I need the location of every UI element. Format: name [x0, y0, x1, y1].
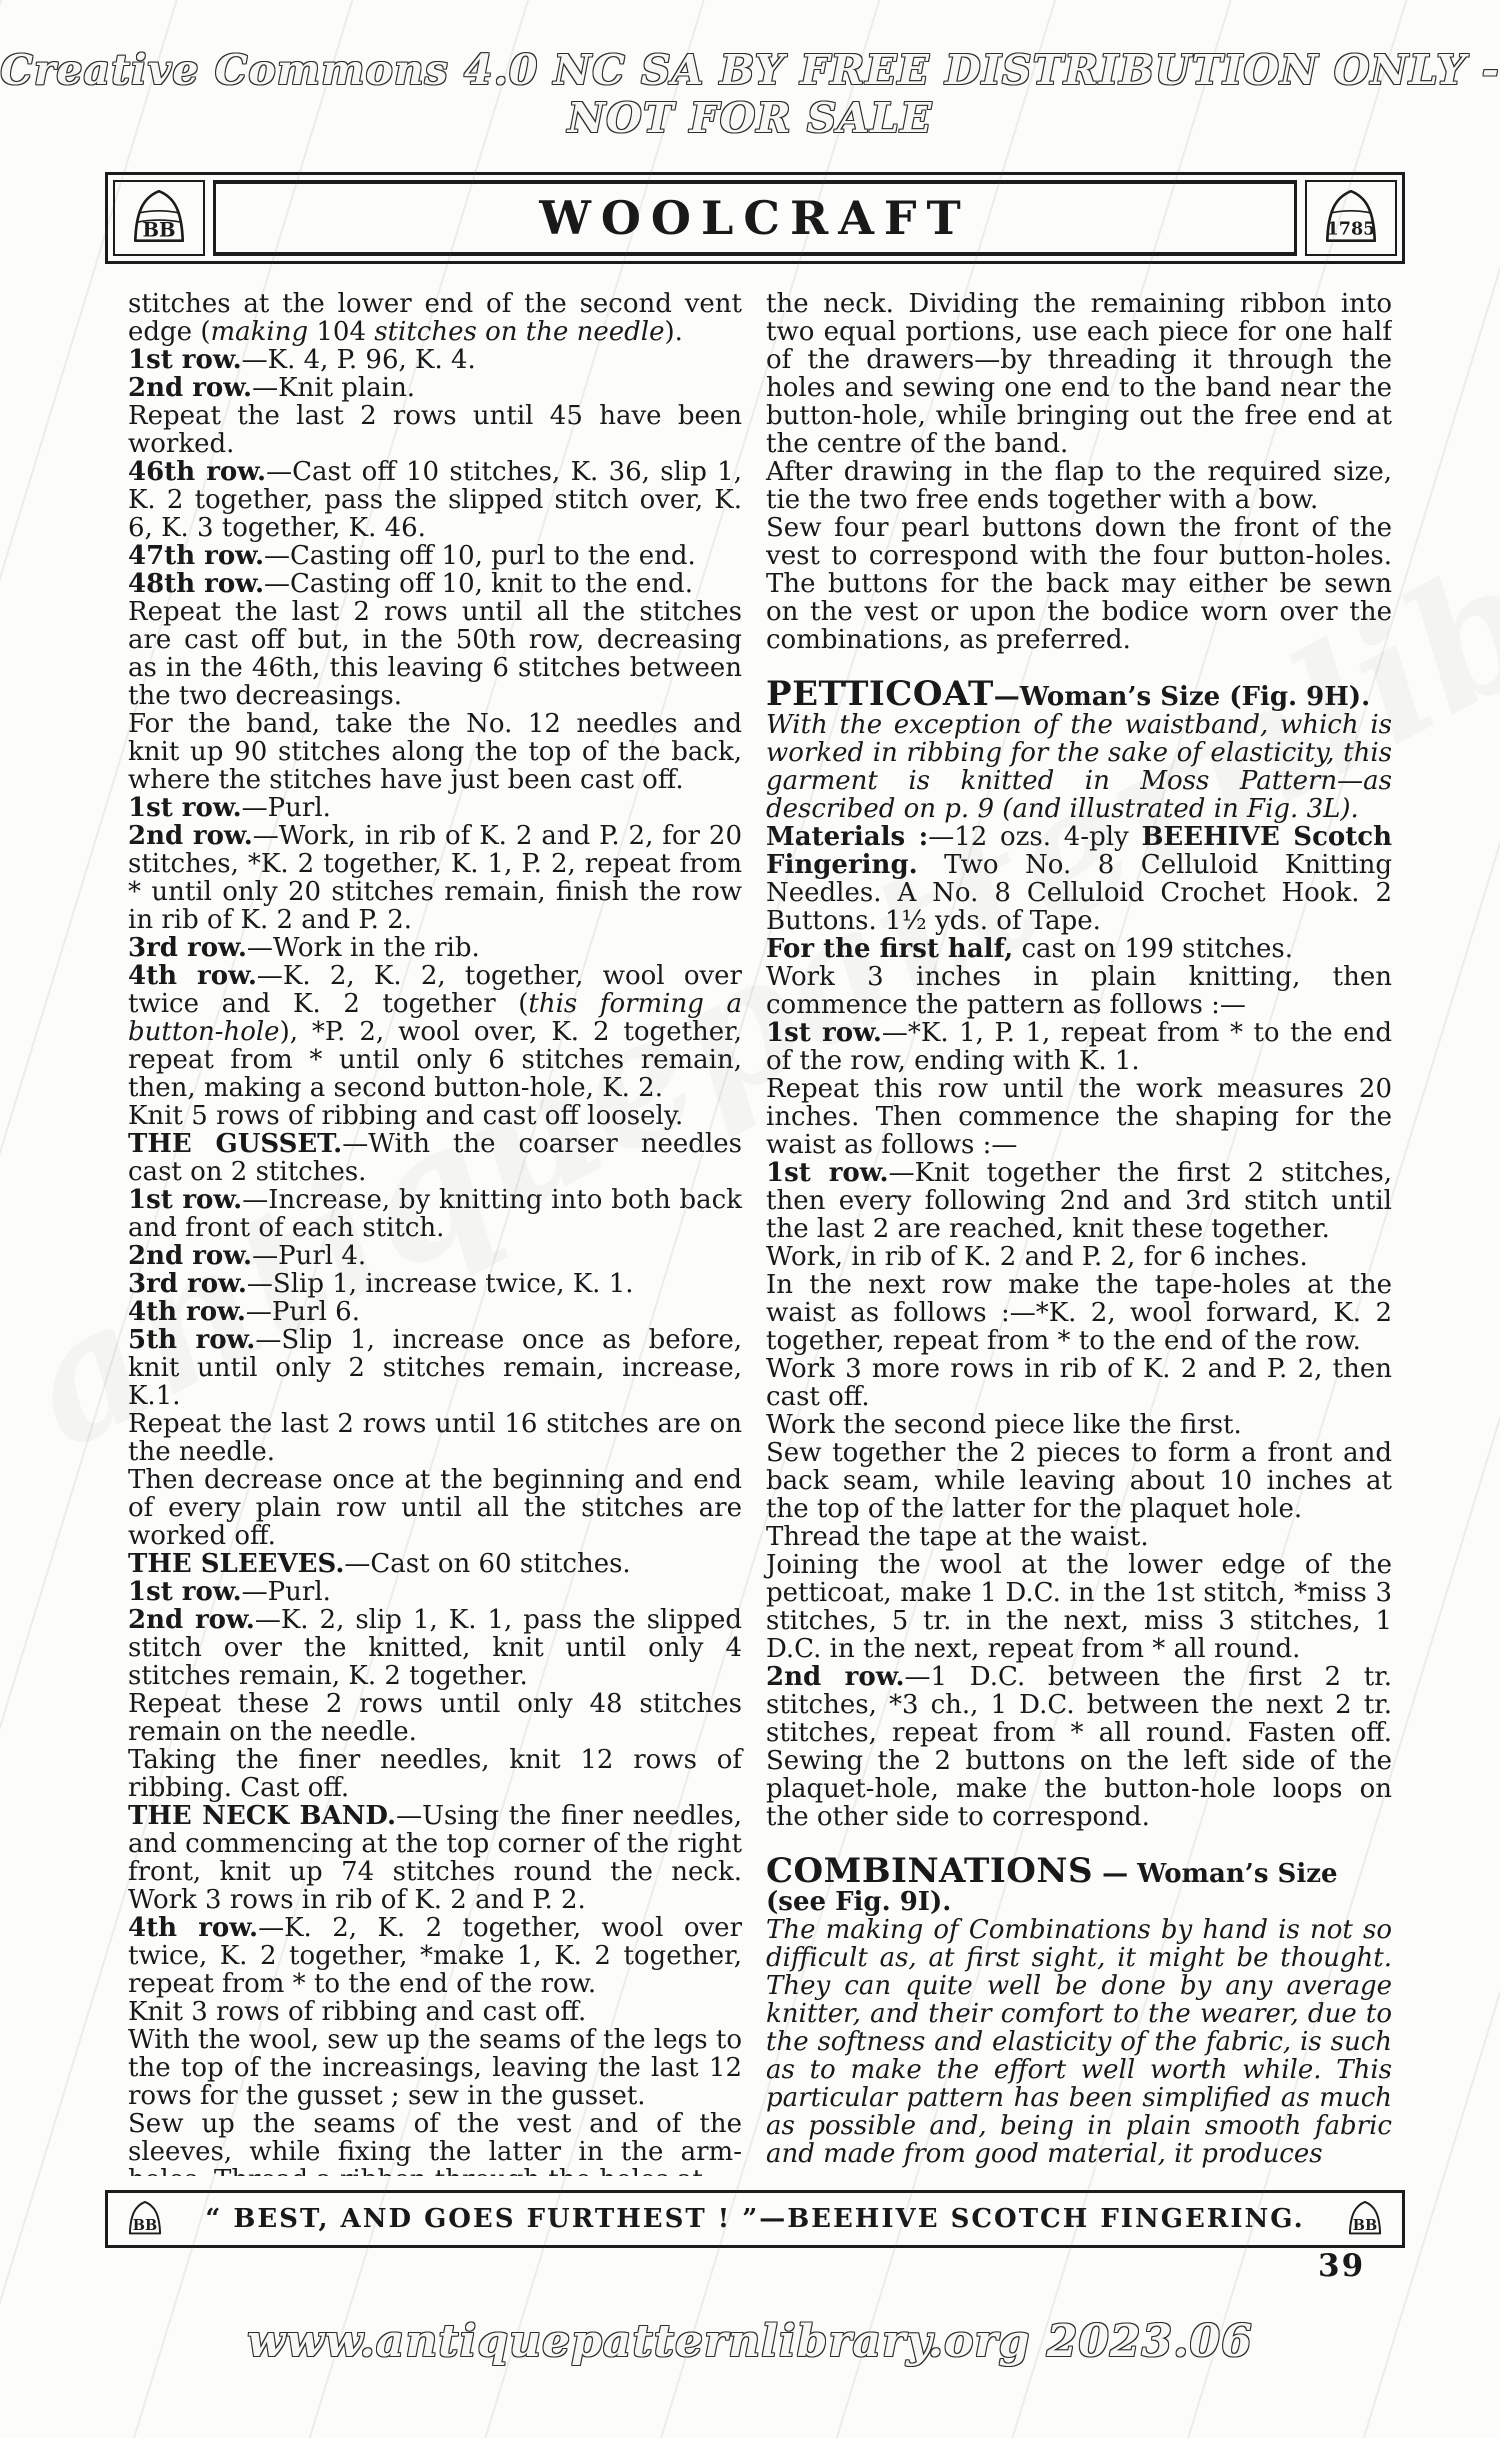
- paragraph: After drawing in the flap to the require…: [766, 458, 1392, 514]
- paragraph: THE GUSSET.—With the coarser needles cas…: [128, 1130, 742, 1186]
- paragraph: Joining the wool at the lower edge of th…: [766, 1551, 1392, 1663]
- paragraph: Work 3 inches in plain knitting, then co…: [766, 963, 1392, 1019]
- logo-text: 1785: [1327, 220, 1376, 240]
- paragraph: For the band, take the No. 12 needles an…: [128, 710, 742, 794]
- paragraph: 1st row.—Increase, by knitting into both…: [128, 1186, 742, 1242]
- paragraph: the neck. Dividing the remaining ribbon …: [766, 290, 1392, 458]
- page-title: WOOLCRAFT: [539, 191, 971, 245]
- page-header-band: BB WOOLCRAFT 1785: [105, 172, 1405, 264]
- paragraph: The making of Combinations by hand is no…: [766, 1916, 1392, 2168]
- beehive-icon: BB: [1344, 2199, 1386, 2239]
- paragraph: 48th row.—Casting off 10, knit to the en…: [128, 570, 742, 598]
- paragraph: Taking the finer needles, knit 12 rows o…: [128, 1746, 742, 1802]
- paragraph: Repeat these 2 rows until only 48 stitch…: [128, 1690, 742, 1746]
- paragraph: 3rd row.—Work in the rib.: [128, 934, 742, 962]
- paragraph: Repeat the last 2 rows until all the sti…: [128, 598, 742, 710]
- logo-text: BB: [142, 219, 175, 242]
- paragraph: THE SLEEVES.—Cast on 60 stitches.: [128, 1550, 742, 1578]
- beehive-logo-right: 1785: [1305, 180, 1397, 256]
- paragraph: 1st row.—Purl.: [128, 794, 742, 822]
- paragraph: Work, in rib of K. 2 and P. 2, for 6 inc…: [766, 1243, 1392, 1271]
- footer-slogan-band: BB “ BEST, AND GOES FURTHEST ! ”—BEEHIVE…: [105, 2190, 1405, 2248]
- paragraph: 3rd row.—Slip 1, increase twice, K. 1.: [128, 1270, 742, 1298]
- paragraph: Knit 3 rows of ribbing and cast off.: [128, 1998, 742, 2026]
- left-column: stitches at the lower end of the second …: [128, 290, 742, 2176]
- scanned-book-page: antiquepatternlibrary Creative Commons 4…: [0, 0, 1500, 2438]
- paragraph: stitches at the lower end of the second …: [128, 290, 742, 346]
- paragraph: 2nd row.—1 D.C. between the first 2 tr. …: [766, 1663, 1392, 1831]
- paragraph: 1st row.—K. 4, P. 96, K. 4.: [128, 346, 742, 374]
- paragraph: 2nd row.—Work, in rib of K. 2 and P. 2, …: [128, 822, 742, 934]
- text-columns: stitches at the lower end of the second …: [128, 290, 1392, 2176]
- paragraph: Repeat this row until the work measures …: [766, 1075, 1392, 1159]
- paragraph: 46th row.—Cast off 10 stitches, K. 36, s…: [128, 458, 742, 542]
- paragraph: Sew together the 2 pieces to form a fron…: [766, 1439, 1392, 1523]
- beehive-icon: BB: [124, 2199, 166, 2239]
- logo-text: BB: [133, 2217, 157, 2234]
- title-box: WOOLCRAFT: [213, 180, 1297, 256]
- paragraph: 2nd row.—Purl 4.: [128, 1242, 742, 1270]
- paragraph: 1st row.—Knit together the first 2 stitc…: [766, 1159, 1392, 1243]
- paragraph: Work 3 more rows in rib of K. 2 and P. 2…: [766, 1355, 1392, 1411]
- paragraph: Repeat the last 2 rows until 45 have bee…: [128, 402, 742, 458]
- paragraph: 2nd row.—K. 2, slip 1, K. 1, pass the sl…: [128, 1606, 742, 1690]
- logo-text: BB: [1353, 2217, 1377, 2234]
- paragraph: 4th row.—K. 2, K. 2, together, wool over…: [128, 962, 742, 1102]
- paragraph: 5th row.—Slip 1, increase once as before…: [128, 1326, 742, 1410]
- paragraph: 2nd row.—Knit plain.: [128, 374, 742, 402]
- paragraph: 1st row.—Purl.: [128, 1578, 742, 1606]
- paragraph: Repeat the last 2 rows until 16 stitches…: [128, 1410, 742, 1466]
- beehive-logo-left: BB: [113, 180, 205, 256]
- paragraph: PETTICOAT—Woman’s Size (Fig. 9H).: [766, 680, 1392, 711]
- paragraph: With the wool, sew up the seams of the l…: [128, 2026, 742, 2110]
- paragraph: (see Fig. 9I).: [766, 1888, 1392, 1916]
- paragraph: For the first half, cast on 199 stitches…: [766, 935, 1392, 963]
- paragraph: With the exception of the waistband, whi…: [766, 711, 1392, 823]
- paragraph: Knit 5 rows of ribbing and cast off loos…: [128, 1102, 742, 1130]
- paragraph: 47th row.—Casting off 10, purl to the en…: [128, 542, 742, 570]
- library-watermark: www.antiquepatternlibrary.org 2023.06: [0, 2316, 1500, 2367]
- paragraph: Sew up the seams of the vest and of the …: [128, 2110, 742, 2176]
- paragraph: 1st row.—*K. 1, P. 1, repeat from * to t…: [766, 1019, 1392, 1075]
- beehive-icon: 1785: [1318, 187, 1384, 249]
- footer-slogan: “ BEST, AND GOES FURTHEST ! ”—BEEHIVE SC…: [166, 2204, 1344, 2234]
- paragraph: In the next row make the tape-holes at t…: [766, 1271, 1392, 1355]
- creative-commons-watermark: Creative Commons 4.0 NC SA BY FREE DISTR…: [0, 46, 1500, 142]
- paragraph: THE NECK BAND.—Using the finer needles, …: [128, 1802, 742, 1914]
- beehive-icon: BB: [126, 187, 192, 249]
- paragraph: Materials :—12 ozs. 4-ply BEEHIVE Scotch…: [766, 823, 1392, 935]
- paragraph: Then decrease once at the beginning and …: [128, 1466, 742, 1550]
- paragraph: Thread the tape at the waist.: [766, 1523, 1392, 1551]
- right-column: the neck. Dividing the remaining ribbon …: [766, 290, 1392, 2176]
- paragraph: COMBINATIONS — Woman’s Size: [766, 1857, 1392, 1888]
- paragraph: Work the second piece like the first.: [766, 1411, 1392, 1439]
- paragraph: Sew four pearl buttons down the front of…: [766, 514, 1392, 654]
- paragraph: 4th row.—Purl 6.: [128, 1298, 742, 1326]
- page-number: 39: [1318, 2248, 1365, 2284]
- paragraph: 4th row.—K. 2, K. 2 together, wool over …: [128, 1914, 742, 1998]
